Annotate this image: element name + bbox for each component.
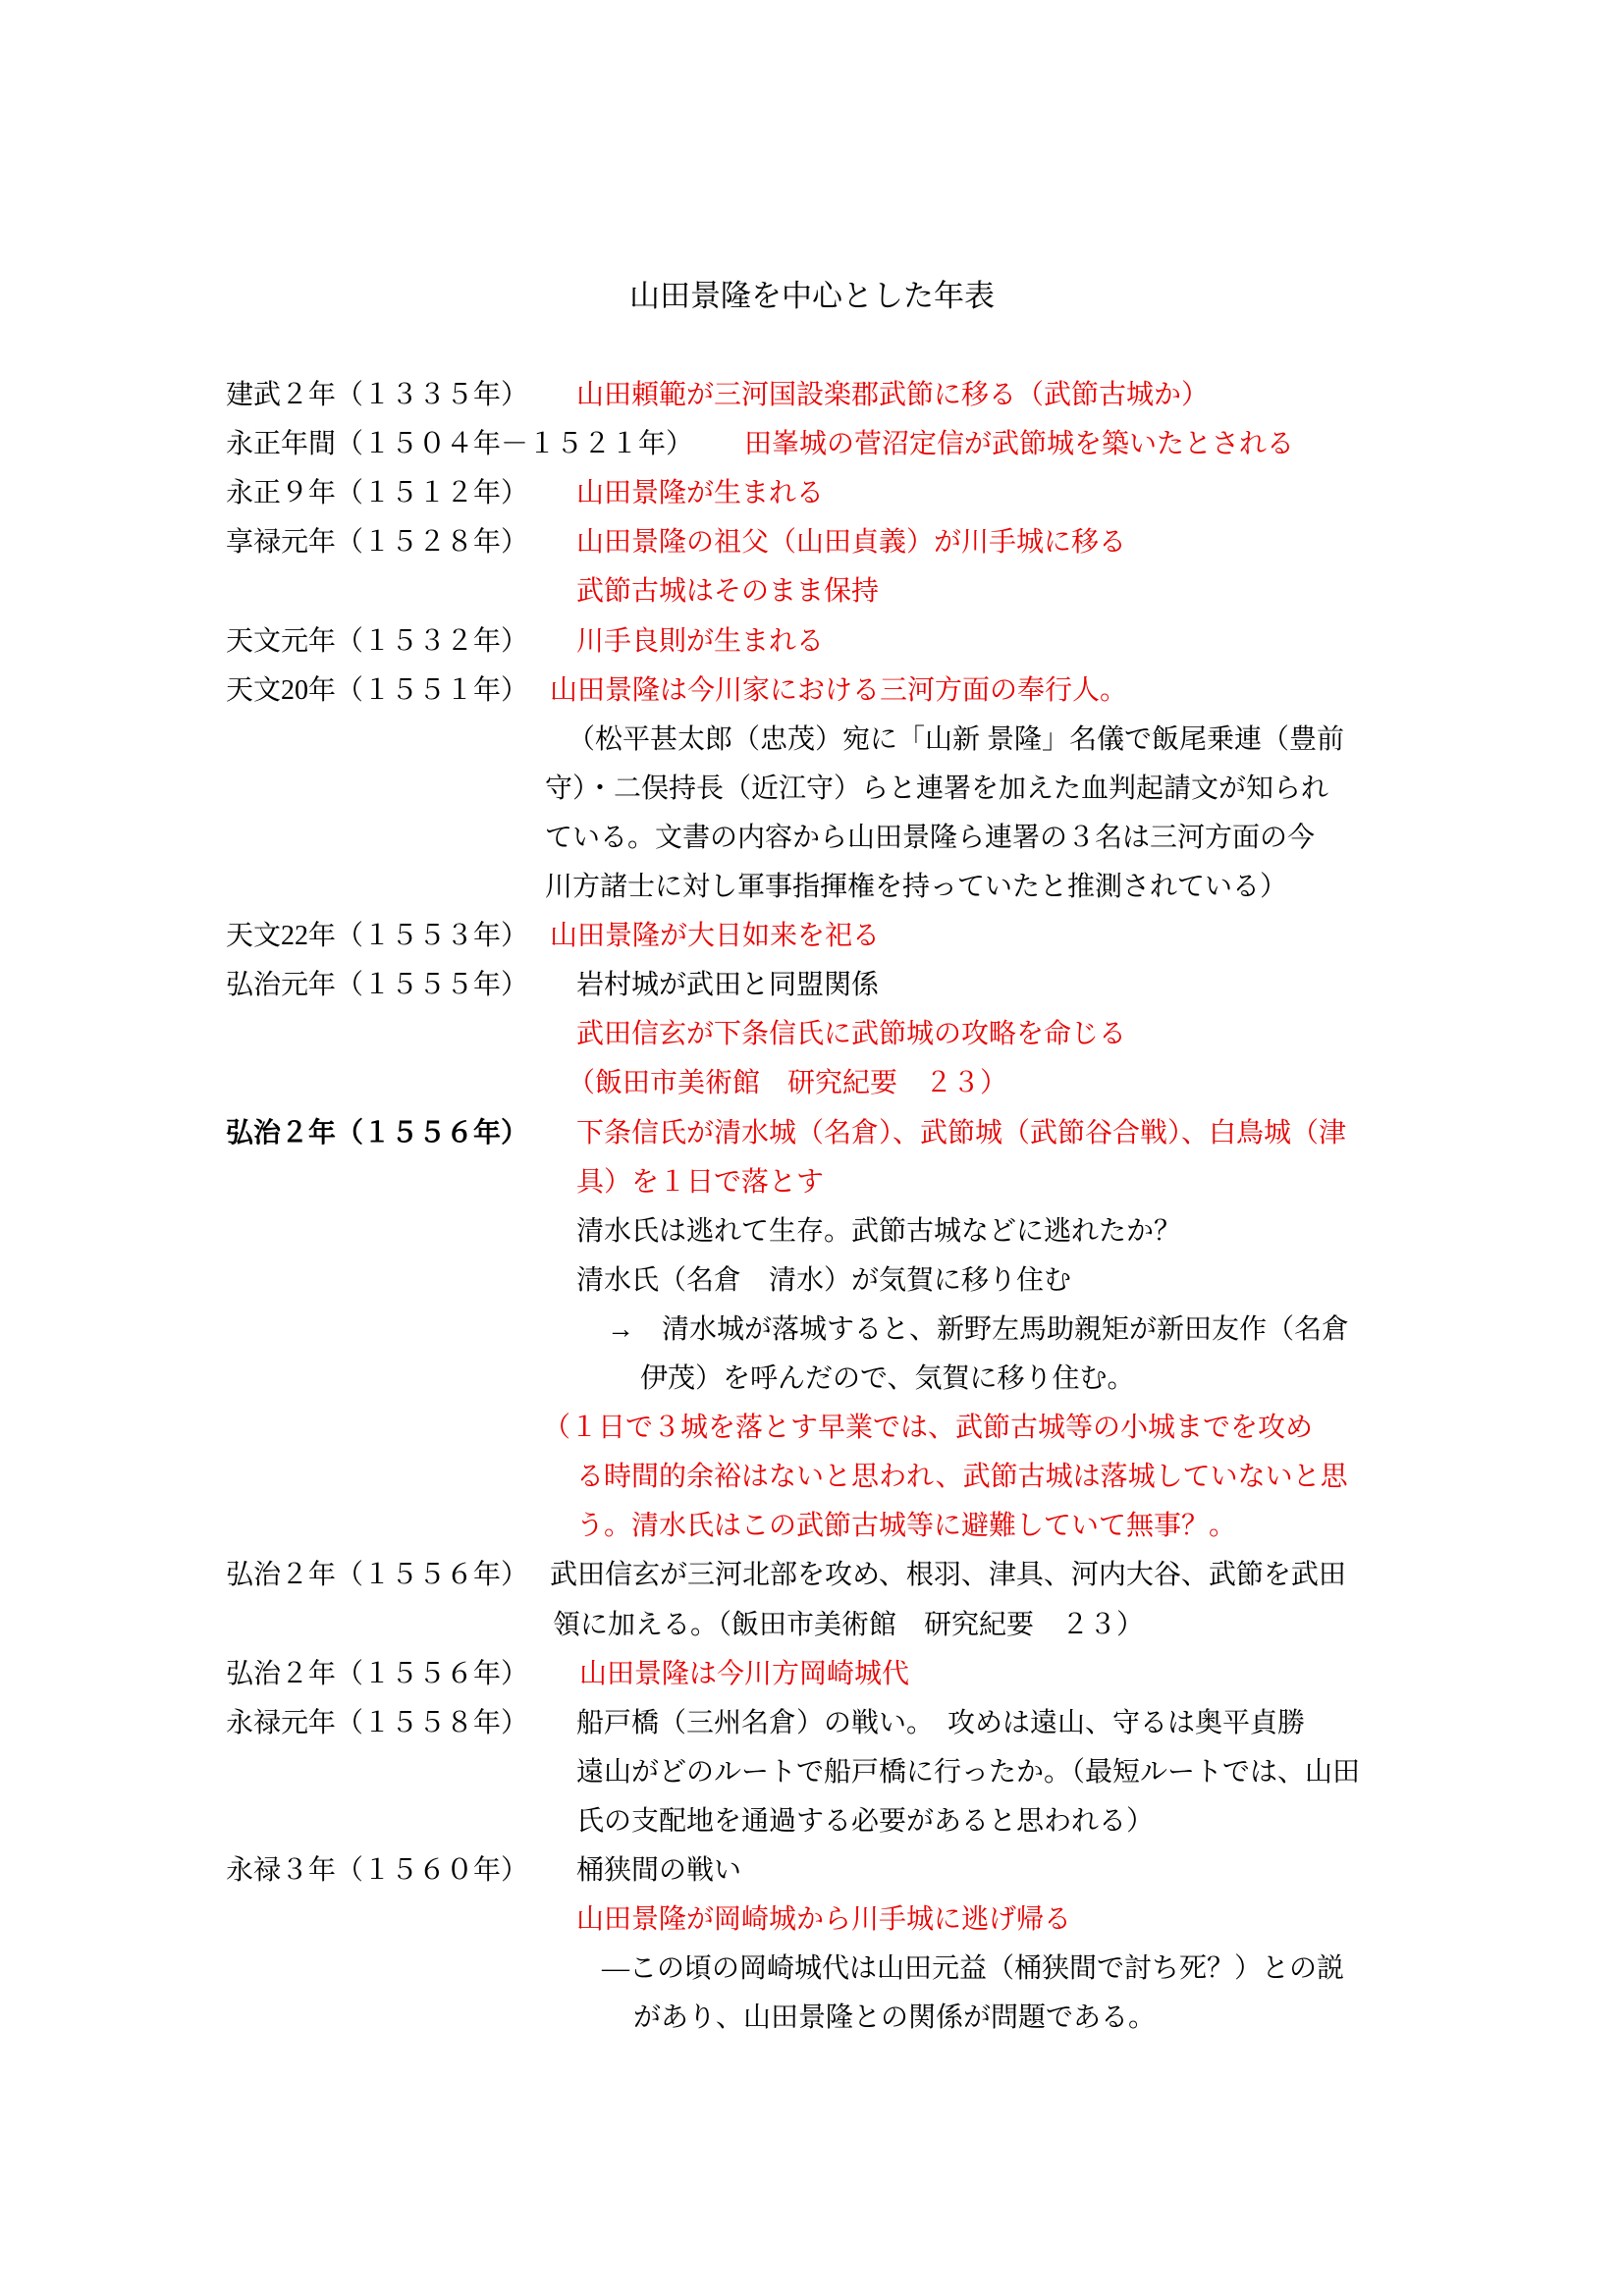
timeline-note-text: 伊茂）を呼んだので、気賀に移り住む。 [640,1362,1134,1397]
timeline-comment-text: る時間的余裕はないと思われ、武節古城は落城していないと思 [576,1460,1348,1495]
timeline-row: 川方諸士に対し軍事指揮権を持っていたと推測されている） [0,870,1624,919]
timeline-row: 永正９年（１５１２年） 山田景隆が生まれる [0,476,1624,525]
timeline-row: 永正年間（１５０４年－１５２１年） 田峯城の菅沼定信が武節城を築いたとされる [0,427,1624,476]
timeline-event-text: 領に加える。（飯田市美術館 研究紀要 ２３） [553,1608,1144,1643]
timeline-event-text: 山田頼範が三河国設楽郡武節に移る（武節古城か） [576,378,1209,413]
timeline-row: 弘治２年（１５５６年） 山田景隆は今川方岡崎城代 [0,1657,1624,1706]
timeline-row: る時間的余裕はないと思われ、武節古城は落城していないと思 [0,1460,1624,1509]
document-page: 山田景隆を中心とした年表 建武２年（１３３５年） 山田頼範が三河国設楽郡武節に移… [0,0,1624,2296]
timeline-date: 享禄元年（１５２８年） [226,525,528,561]
timeline-note-text: があり、山田景隆との関係が問題である。 [633,2001,1156,2036]
timeline-event-text: 武節古城はそのまま保持 [576,574,879,610]
timeline-date: 永正９年（１５１２年） [226,476,528,511]
timeline-row: 天文20年（１５５１年） 山田景隆は今川家における三河方面の奉行人。 [0,673,1624,722]
timeline-row: 清水氏（名倉 清水）が気賀に移り住む [0,1263,1624,1312]
timeline-note-text: 氏の支配地を通過する必要があると思われる） [576,1804,1154,1840]
timeline-event-text: 岩村城が武田と同盟関係 [576,968,879,1003]
timeline-date: 弘治元年（１５５５年） [226,968,528,1003]
timeline-event-text: 山田景隆が大日如来を祀る [550,919,880,954]
timeline-note-text: （松平甚太郎（忠茂）宛に「山新 景隆」名儀で飯尾乗連（豊前 [568,722,1344,758]
timeline-event-text: 武田信玄が三河北部を攻め、根羽、津具、河内大谷、武節を武田 [550,1558,1346,1593]
timeline-row: 永禄３年（１５６０年） 桶狭間の戦い [0,1853,1624,1902]
timeline-event-text: 桶狭間の戦い [576,1853,741,1889]
timeline-row: 山田景隆が岡崎城から川手城に逃げ帰る [0,1902,1624,1951]
timeline-row: 弘治２年（１５５６年） 下条信氏が清水城（名倉）、武節城（武節谷合戦）、白鳥城（… [0,1116,1624,1165]
timeline-row: 守）・二俣持長（近江守）らと連署を加えた血判起請文が知られ [0,772,1624,821]
timeline-comment-text: （１日で３城を落とす早業では、武節古城等の小城までを攻め [543,1411,1313,1446]
timeline-date: 天文元年（１５３２年） [226,624,528,660]
timeline-event-text: 山田景隆は今川家における三河方面の奉行人。 [550,673,1127,709]
timeline-row: （１日で３城を落とす早業では、武節古城等の小城までを攻め [0,1411,1624,1460]
timeline-comment-text: う。清水氏はこの武節古城等に避難していて無事？。 [576,1509,1236,1544]
timeline-row: 領に加える。（飯田市美術館 研究紀要 ２３） [0,1608,1624,1657]
timeline-row: → 清水城が落城すると、新野左馬助親矩が新田友作（名倉 [0,1312,1624,1362]
timeline-event-text: 船戸橋（三州名倉）の戦い。 攻めは遠山、守るは奥平貞勝 [576,1706,1305,1741]
timeline-row: 永禄元年（１５５８年） 船戸橋（三州名倉）の戦い。 攻めは遠山、守るは奥平貞勝 [0,1706,1624,1755]
timeline-note-text: 川方諸士に対し軍事指揮権を持っていたと推測されている） [545,870,1287,905]
timeline-row: 弘治２年（１５５６年） 武田信玄が三河北部を攻め、根羽、津具、河内大谷、武節を武… [0,1558,1624,1607]
timeline-row: 伊茂）を呼んだので、気賀に移り住む。 [0,1362,1624,1411]
timeline-row: 遠山がどのルートで船戸橋に行ったか。（最短ルートでは、山田 [0,1755,1624,1804]
timeline-row: 清水氏は逃れて生存。武節古城などに逃れたか？ [0,1214,1624,1263]
timeline-event-text: 山田景隆が生まれる [576,476,824,511]
timeline-dash-note-text: ―この頃の岡崎城代は山田元益（桶狭間で討ち死？）との説 [602,1951,1344,1987]
timeline-row: 具）を１日で落とす [0,1165,1624,1214]
timeline-row: （松平甚太郎（忠茂）宛に「山新 景隆」名儀で飯尾乗連（豊前 [0,722,1624,772]
timeline-event-text: 具）を１日で落とす [576,1165,824,1201]
timeline-row: 天文22年（１５５３年） 山田景隆が大日如来を祀る [0,919,1624,968]
timeline-date: 弘治２年（１５５６年） [226,1558,528,1593]
timeline-date: 永禄元年（１５５８年） [226,1706,528,1741]
timeline-row: ―この頃の岡崎城代は山田元益（桶狭間で討ち死？）との説 [0,1951,1624,2001]
timeline-event-text: 武田信玄が下条信氏に武節城の攻略を命じる [576,1017,1126,1052]
timeline-date: 永正年間（１５０４年－１５２１年） [226,427,693,462]
timeline-row: 氏の支配地を通過する必要があると思われる） [0,1804,1624,1853]
timeline-row: ている。文書の内容から山田景隆ら連署の３名は三河方面の今 [0,821,1624,870]
timeline-arrow-note-text: → 清水城が落城すると、新野左馬助親矩が新田友作（名倉 [607,1312,1349,1348]
timeline-row: 建武２年（１３３５年） 山田頼範が三河国設楽郡武節に移る（武節古城か） [0,378,1624,427]
timeline-date: 弘治２年（１５５６年） [226,1657,528,1692]
timeline-event-text: 山田景隆が岡崎城から川手城に逃げ帰る [576,1902,1071,1938]
timeline-row: 天文元年（１５３２年） 川手良則が生まれる [0,624,1624,673]
timeline-source-text: （飯田市美術館 研究紀要 ２３） [568,1066,1007,1101]
timeline-event-text: 下条信氏が清水城（名倉）、武節城（武節谷合戦）、白鳥城（津 [576,1116,1346,1151]
timeline-note-text: ている。文書の内容から山田景隆ら連署の３名は三河方面の今 [545,821,1315,856]
timeline-row: 武田信玄が下条信氏に武節城の攻略を命じる [0,1017,1624,1066]
timeline-event-text: 川手良則が生まれる [576,624,824,660]
timeline-date: 天文20年（１５５１年） [226,673,528,709]
timeline-note-text: 遠山がどのルートで船戸橋に行ったか。（最短ルートでは、山田 [576,1755,1360,1790]
timeline-event-text: 山田景隆の祖父（山田貞義）が川手城に移る [576,525,1126,561]
timeline-row: 享禄元年（１５２８年） 山田景隆の祖父（山田貞義）が川手城に移る [0,525,1624,574]
timeline-date: 弘治２年（１５５６年） [226,1116,528,1151]
timeline-date: 天文22年（１５５３年） [226,919,528,954]
timeline-date: 永禄３年（１５６０年） [226,1853,528,1889]
timeline-row: う。清水氏はこの武節古城等に避難していて無事？。 [0,1509,1624,1558]
timeline-note-text: 清水氏（名倉 清水）が気賀に移り住む [576,1263,1071,1299]
timeline-note-text: 守）・二俣持長（近江守）らと連署を加えた血判起請文が知られ [545,772,1328,807]
timeline-event-text: 田峯城の菅沼定信が武節城を築いたとされる [744,427,1294,462]
timeline-date: 建武２年（１３３５年） [226,378,528,413]
timeline-row: 弘治元年（１５５５年） 岩村城が武田と同盟関係 [0,968,1624,1017]
timeline-row: 武節古城はそのまま保持 [0,574,1624,623]
document-title: 山田景隆を中心とした年表 [0,271,1624,315]
timeline-row: があり、山田景隆との関係が問題である。 [0,2001,1624,2050]
timeline-event-text: 山田景隆は今川方岡崎城代 [579,1657,909,1692]
timeline-row: （飯田市美術館 研究紀要 ２３） [0,1066,1624,1115]
timeline-note-text: 清水氏は逃れて生存。武節古城などに逃れたか？ [576,1214,1181,1250]
